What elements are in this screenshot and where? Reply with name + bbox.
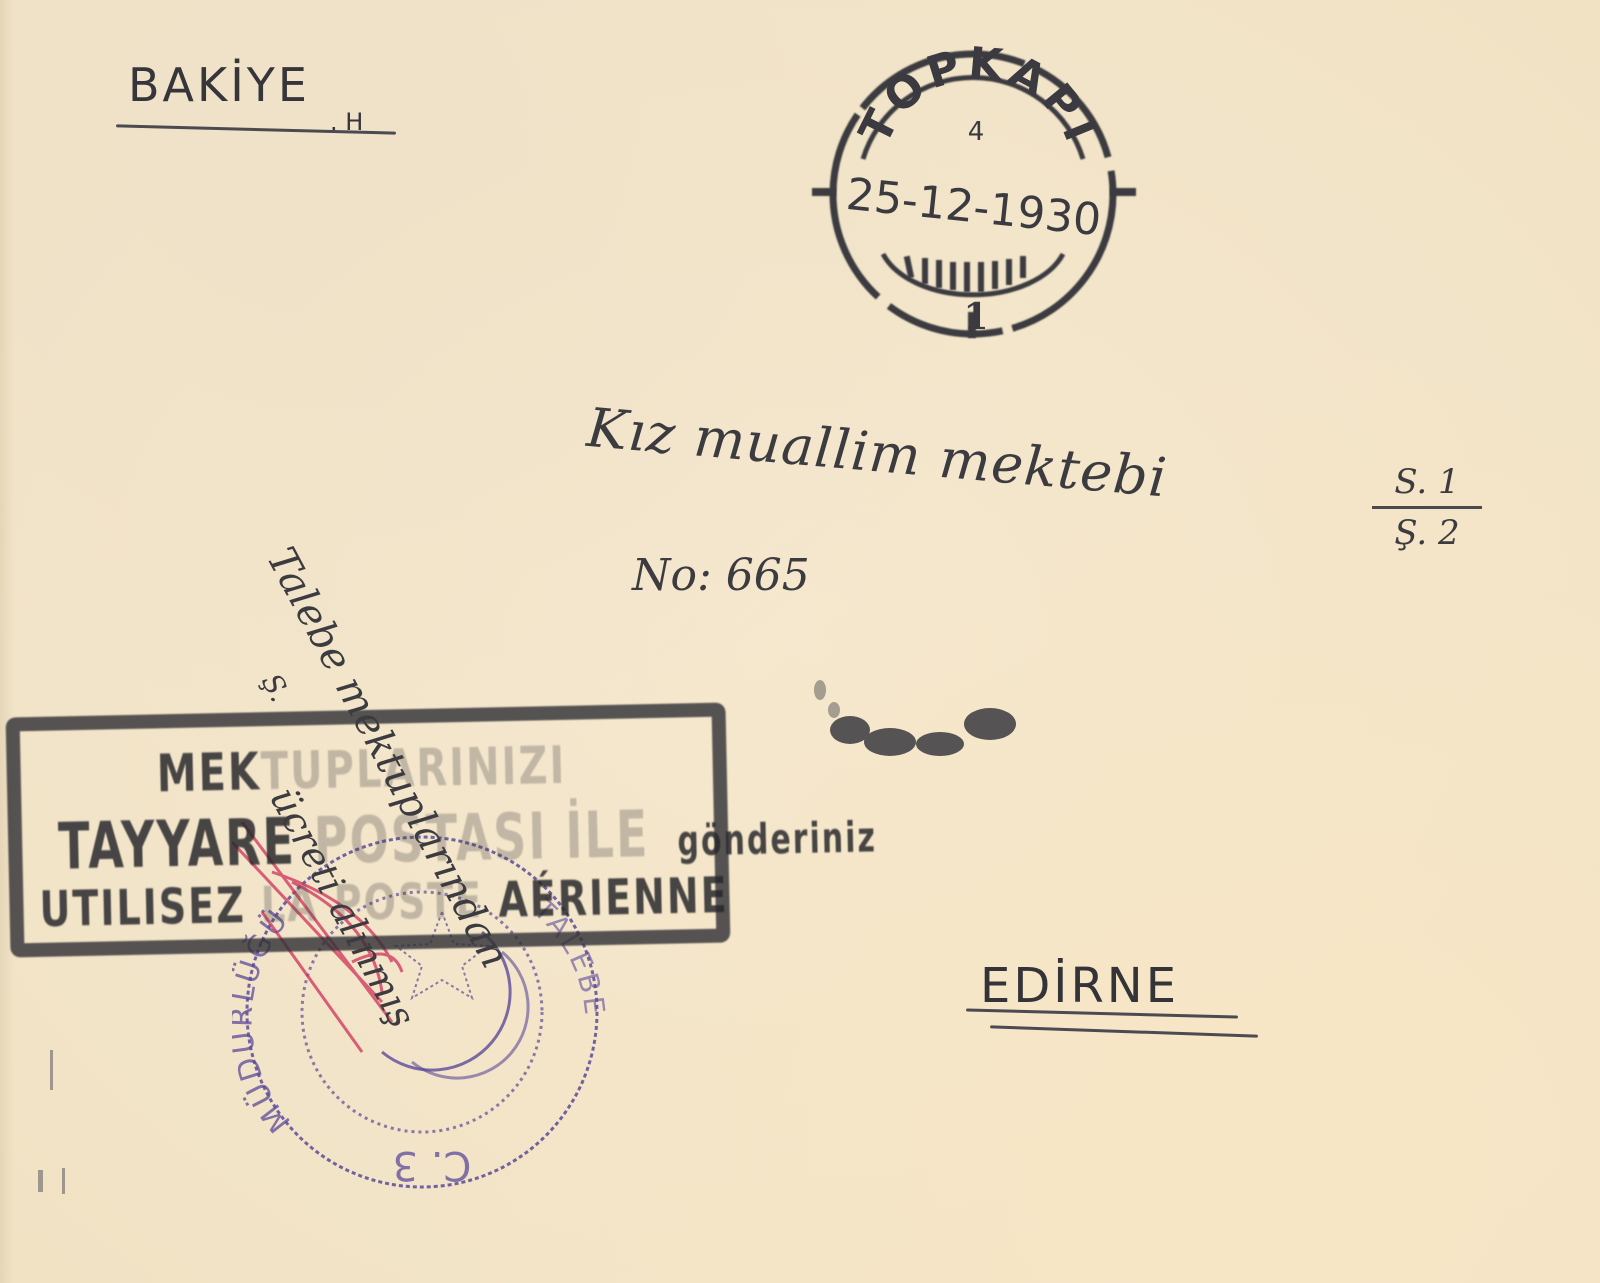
destination-underline-2 (990, 1025, 1258, 1037)
cachet-line-1: MEKTUPLARINIZI (156, 732, 727, 804)
fraction-bar (1372, 506, 1482, 509)
postmark: TOPKAPI 4 25-12-1930 1 (808, 44, 1138, 344)
header-note: BAKİYE (128, 58, 310, 112)
margin-marks (20, 1040, 100, 1200)
paper-edge (0, 0, 14, 1283)
seal-text-bottom: C. 3 (393, 1142, 472, 1188)
postmark-date: 25-12-1930 (844, 169, 1104, 246)
fraction-denominator: Ş. 2 (1372, 513, 1482, 553)
address-number: No: 665 (632, 550, 810, 601)
ink-smudge (790, 660, 1030, 770)
class-fraction: S. 1 Ş. 2 (1372, 462, 1482, 553)
postmark-office-number: 4 (968, 117, 985, 147)
diagonal-note-marker: Ş. (255, 668, 297, 707)
address-recipient: Kız muallim mektebi (585, 396, 1170, 509)
fraction-numerator: S. 1 (1372, 462, 1482, 502)
postmark-bottom-number: 1 (963, 296, 988, 338)
envelope: BAKİYE . H TOPKAPI (0, 0, 1600, 1283)
destination-city: EDİRNE (980, 958, 1179, 1014)
